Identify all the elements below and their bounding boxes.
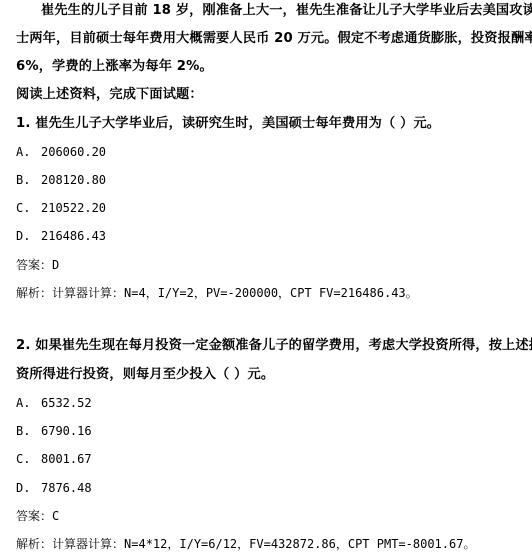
option-value: 7876.48 xyxy=(41,481,92,495)
question-2-explanation: 解析：计算器计算：N=4*12，I/Y=6/12，FV=432872.86，CP… xyxy=(16,534,475,553)
option-value: 210522.20 xyxy=(41,201,106,215)
question-1-stem: 1. 崔先生儿子大学毕业后，读研究生时，美国硕士每年费用为（ ）元。 xyxy=(16,114,440,134)
question-1-option-b: B.208120.80 xyxy=(16,170,106,190)
answer-label: 答案： xyxy=(16,258,52,272)
option-letter: A. xyxy=(16,393,41,413)
question-1-option-d: D.216486.43 xyxy=(16,226,106,246)
intro-line-1: 崔先生的儿子目前 18 岁，刚准备上大一，崔先生准备让儿子大学毕业后去美国攻读硕 xyxy=(16,1,532,21)
option-value: 208120.80 xyxy=(41,173,106,187)
explanation-label: 解析： xyxy=(16,286,52,300)
question-1-text: 崔先生儿子大学毕业后，读研究生时，美国硕士每年费用为（ ）元。 xyxy=(35,116,440,131)
option-letter: D. xyxy=(16,226,41,246)
question-2-option-b: B.6790.16 xyxy=(16,421,92,441)
option-letter: B. xyxy=(16,170,41,190)
option-letter: C. xyxy=(16,198,41,218)
option-value: 216486.43 xyxy=(41,229,106,243)
question-1-option-c: C.210522.20 xyxy=(16,198,106,218)
explanation-text: 计算器计算：N=4*12，I/Y=6/12，FV=432872.86，CPT P… xyxy=(52,537,475,551)
intro-line-3: 6%，学费的上涨率为每年 2%。 xyxy=(16,57,213,77)
question-2-option-c: C.8001.67 xyxy=(16,449,92,469)
answer-label: 答案： xyxy=(16,509,52,523)
option-value: 8001.67 xyxy=(41,452,92,466)
intro-line-2: 士两年，目前硕士每年费用大概需要人民币 20 万元。假定不考虑通货膨胀，投资报酬… xyxy=(16,29,532,49)
question-2-option-d: D.7876.48 xyxy=(16,478,92,498)
question-2-answer: 答案：C xyxy=(16,506,59,526)
explanation-label: 解析： xyxy=(16,537,52,551)
option-letter: C. xyxy=(16,449,41,469)
question-1-number: 1. xyxy=(16,116,31,131)
question-2-option-a: A.6532.52 xyxy=(16,393,92,413)
question-1-answer: 答案：D xyxy=(16,255,59,275)
option-value: 6532.52 xyxy=(41,396,92,410)
question-2-text: 如果崔先生现在每月投资一定金额准备儿子的留学费用，考虑大学投资所得，按上述投 xyxy=(35,338,532,353)
option-letter: A. xyxy=(16,142,41,162)
question-1-option-a: A.206060.20 xyxy=(16,142,106,162)
question-1-explanation: 解析：计算器计算：N=4，I/Y=2，PV=-200000，CPT FV=216… xyxy=(16,283,418,303)
answer-value: D xyxy=(52,258,59,272)
option-value: 206060.20 xyxy=(41,145,106,159)
explanation-text: 计算器计算：N=4，I/Y=2，PV=-200000，CPT FV=216486… xyxy=(52,286,418,300)
question-2-stem-line-2: 资所得进行投资，则每月至少投入（ ）元。 xyxy=(16,365,274,385)
option-letter: B. xyxy=(16,421,41,441)
question-2-number: 2. xyxy=(16,338,31,353)
option-letter: D. xyxy=(16,478,41,498)
answer-value: C xyxy=(52,509,59,523)
instruction-text: 阅读上述资料，完成下面试题： xyxy=(16,85,203,105)
option-value: 6790.16 xyxy=(41,424,92,438)
question-2-stem-line-1: 2. 如果崔先生现在每月投资一定金额准备儿子的留学费用，考虑大学投资所得，按上述… xyxy=(16,336,532,356)
